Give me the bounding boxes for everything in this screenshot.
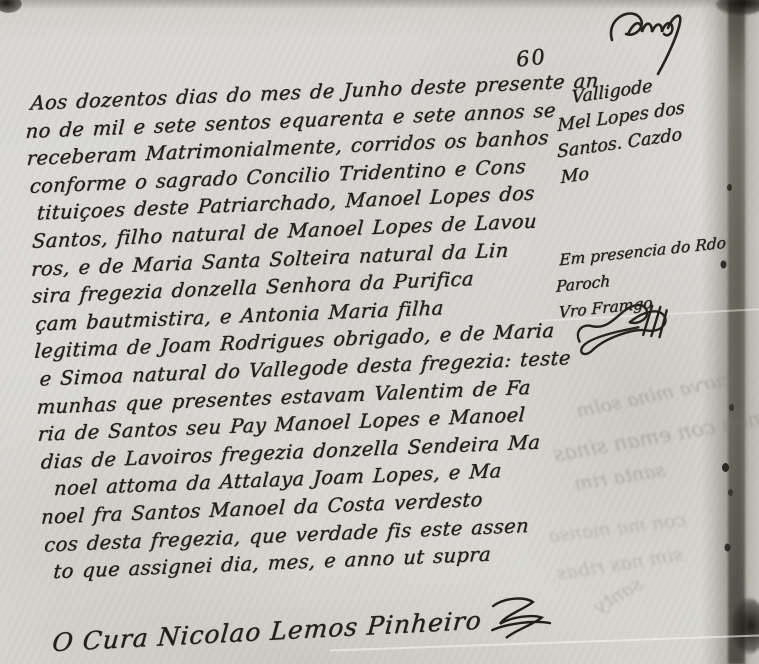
ghost-line: santa rim [573, 459, 667, 495]
page-number: 60 [515, 44, 548, 71]
record-text: Aos dozentos dias do mes de Junho deste … [24, 68, 583, 586]
witness-rubric-flourish-icon [569, 286, 695, 362]
top-rubric-flourish-icon [598, 4, 698, 82]
ink-stain-bottom-right [732, 598, 759, 654]
manuscript-page: 60 Aos dozentos dias do mes de Junho des… [0, 0, 759, 664]
signature-flourish-icon [485, 593, 557, 643]
priest-signature: O Cura Nicolao Lemos Pinheiro [51, 593, 557, 664]
priest-signature-text: O Cura Nicolao Lemos Pinheiro [51, 605, 483, 657]
ghost-line: santy [590, 573, 646, 618]
binding-gutter-streak [728, 0, 745, 664]
corner-stain-top-left [0, 0, 22, 13]
margin-note-couple: Valligode Mel Lopes dos Santos. Cazdo Mo [548, 70, 694, 191]
